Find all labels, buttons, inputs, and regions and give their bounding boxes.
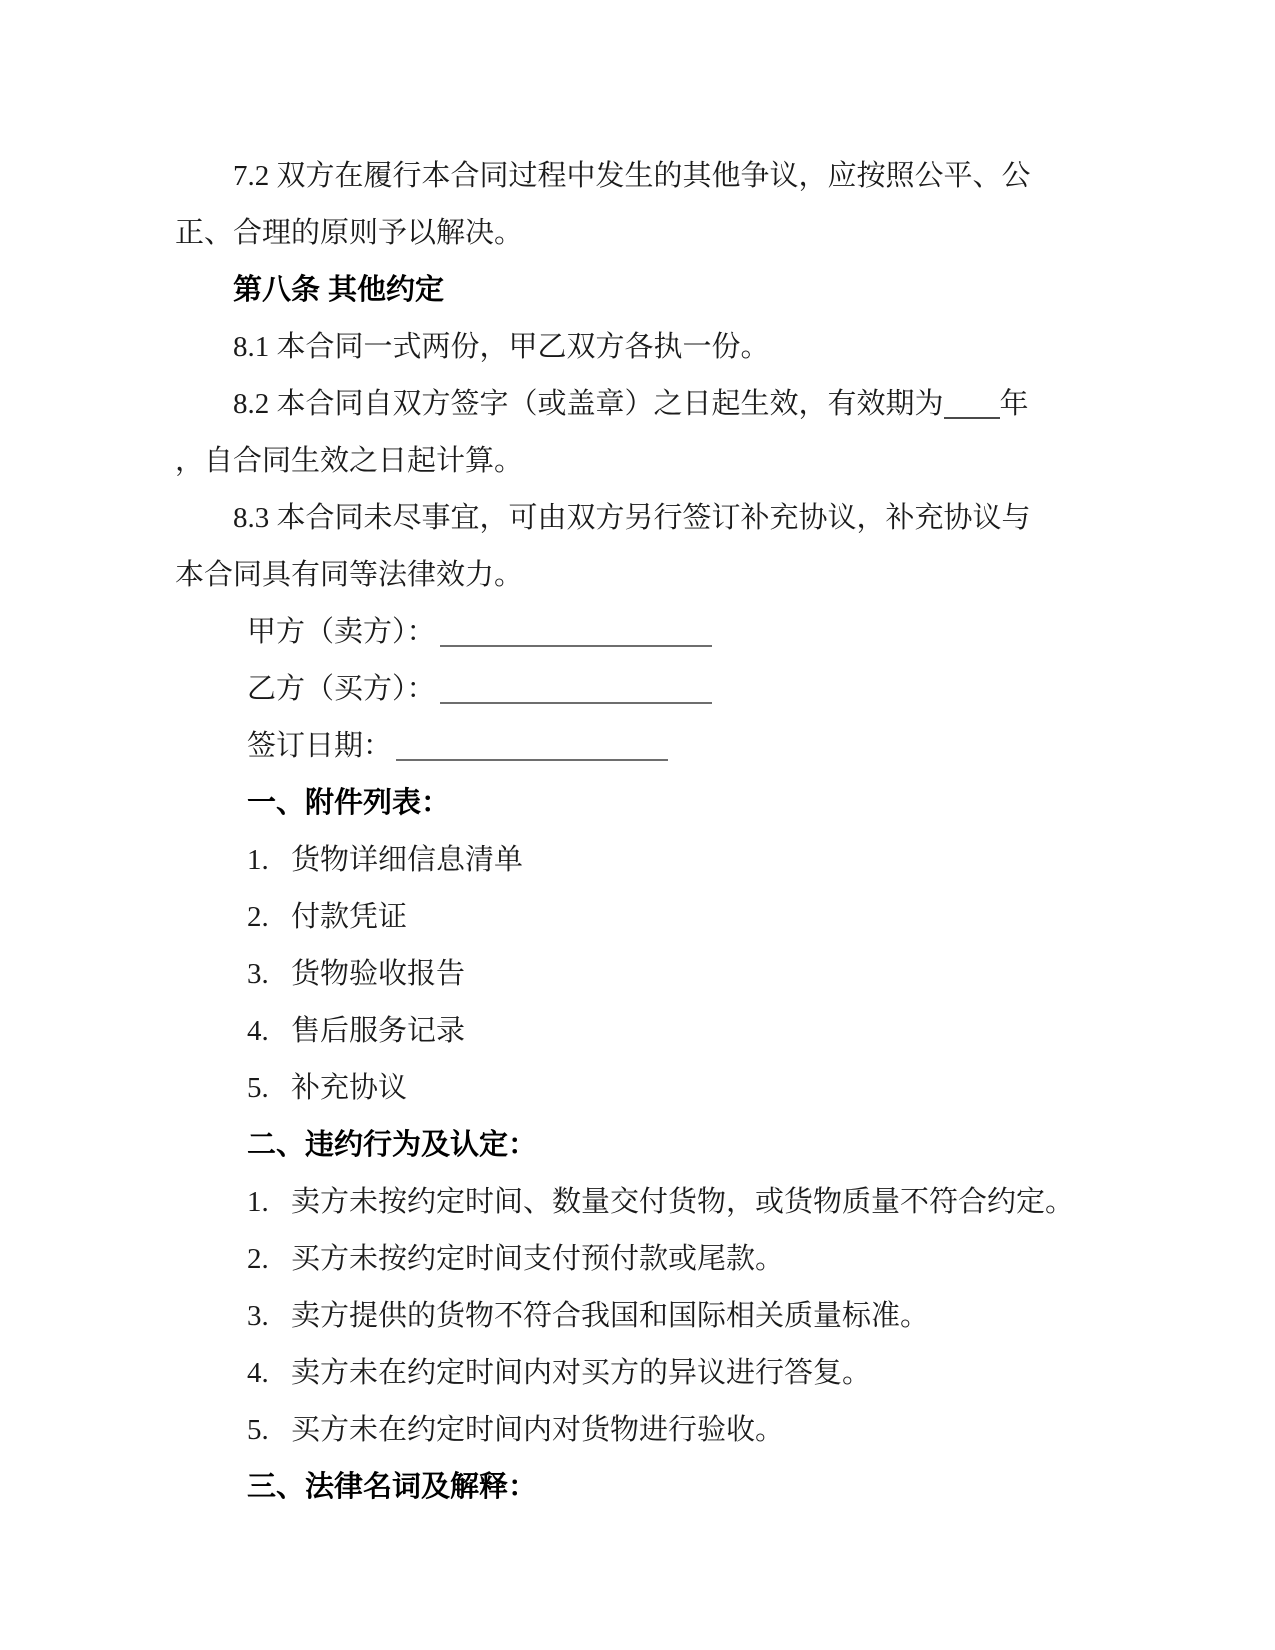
breach-item-text: 买方未在约定时间内对货物进行验收。	[291, 1414, 784, 1446]
attachments-section-heading: 一、附件列表：	[175, 775, 1135, 832]
legal-terms-section-heading: 三、法律名词及解释：	[175, 1459, 1135, 1516]
clause-8-3-line1: 8.3 本合同未尽事宜，可由双方另行签订补充协议，补充协议与	[175, 490, 1135, 547]
clause-7-2-line1: 7.2 双方在履行本合同过程中发生的其他争议，应按照公平、公	[175, 148, 1135, 205]
party-b-signature-row: 乙方（买方）：	[175, 661, 1135, 718]
attachment-item: 2.付款凭证	[175, 889, 1135, 946]
party-a-label: 甲方（卖方）：	[247, 616, 436, 648]
breach-item: 3.卖方提供的货物不符合我国和国际相关质量标准。	[175, 1288, 1135, 1345]
attachment-item: 1.货物详细信息清单	[175, 832, 1135, 889]
party-a-signature-blank	[440, 625, 712, 647]
attachment-item-text: 货物验收报告	[291, 958, 465, 990]
party-b-signature-blank	[440, 682, 712, 704]
attachment-item-number: 4.	[247, 1003, 291, 1060]
attachment-item: 3.货物验收报告	[175, 946, 1135, 1003]
sign-date-blank	[396, 739, 668, 761]
breach-item-text: 买方未按约定时间支付预付款或尾款。	[291, 1243, 784, 1275]
breach-item-text: 卖方未按约定时间、数量交付货物，或货物质量不符合约定。	[291, 1186, 1074, 1218]
attachment-item-number: 5.	[247, 1060, 291, 1117]
clause-8-2-line2: ，自合同生效之日起计算。	[175, 433, 1135, 490]
breach-item-text: 卖方未在约定时间内对买方的异议进行答复。	[291, 1357, 871, 1389]
attachment-item-number: 3.	[247, 946, 291, 1003]
party-a-signature-row: 甲方（卖方）：	[175, 604, 1135, 661]
breach-item: 4.卖方未在约定时间内对买方的异议进行答复。	[175, 1345, 1135, 1402]
validity-years-blank	[944, 397, 1000, 419]
clause-8-3-line2: 本合同具有同等法律效力。	[175, 547, 1135, 604]
breach-item-number: 2.	[247, 1231, 291, 1288]
clause-7-2-line2: 正、合理的原则予以解决。	[175, 205, 1135, 262]
attachment-item-number: 2.	[247, 889, 291, 946]
clause-8-2-text-before-blank: 8.2 本合同自双方签字（或盖章）之日起生效，有效期为	[233, 388, 944, 420]
breach-item: 2.买方未按约定时间支付预付款或尾款。	[175, 1231, 1135, 1288]
clause-8-1: 8.1 本合同一式两份，甲乙双方各执一份。	[175, 319, 1135, 376]
attachment-item-number: 1.	[247, 832, 291, 889]
breach-item: 5.买方未在约定时间内对货物进行验收。	[175, 1402, 1135, 1459]
attachment-item-text: 货物详细信息清单	[291, 844, 523, 876]
breach-item-number: 3.	[247, 1288, 291, 1345]
article-8-heading: 第八条 其他约定	[175, 262, 1135, 319]
sign-date-label: 签订日期：	[247, 730, 392, 762]
breach-item-number: 1.	[247, 1174, 291, 1231]
attachment-item-text: 售后服务记录	[291, 1015, 465, 1047]
breach-item: 1.卖方未按约定时间、数量交付货物，或货物质量不符合约定。	[175, 1174, 1135, 1231]
attachment-item: 5.补充协议	[175, 1060, 1135, 1117]
breach-item-number: 4.	[247, 1345, 291, 1402]
attachment-item-text: 付款凭证	[291, 901, 407, 933]
clause-8-2-text-after-blank: 年	[1000, 388, 1029, 420]
breach-item-number: 5.	[247, 1402, 291, 1459]
sign-date-row: 签订日期：	[175, 718, 1135, 775]
clause-8-2-line1: 8.2 本合同自双方签字（或盖章）之日起生效，有效期为年	[175, 376, 1135, 433]
breach-item-text: 卖方提供的货物不符合我国和国际相关质量标准。	[291, 1300, 929, 1332]
party-b-label: 乙方（买方）：	[247, 673, 436, 705]
attachment-item: 4.售后服务记录	[175, 1003, 1135, 1060]
breach-section-heading: 二、违约行为及认定：	[175, 1117, 1135, 1174]
contract-document-page: 7.2 双方在履行本合同过程中发生的其他争议，应按照公平、公 正、合理的原则予以…	[0, 0, 1275, 1650]
attachment-item-text: 补充协议	[291, 1072, 407, 1104]
